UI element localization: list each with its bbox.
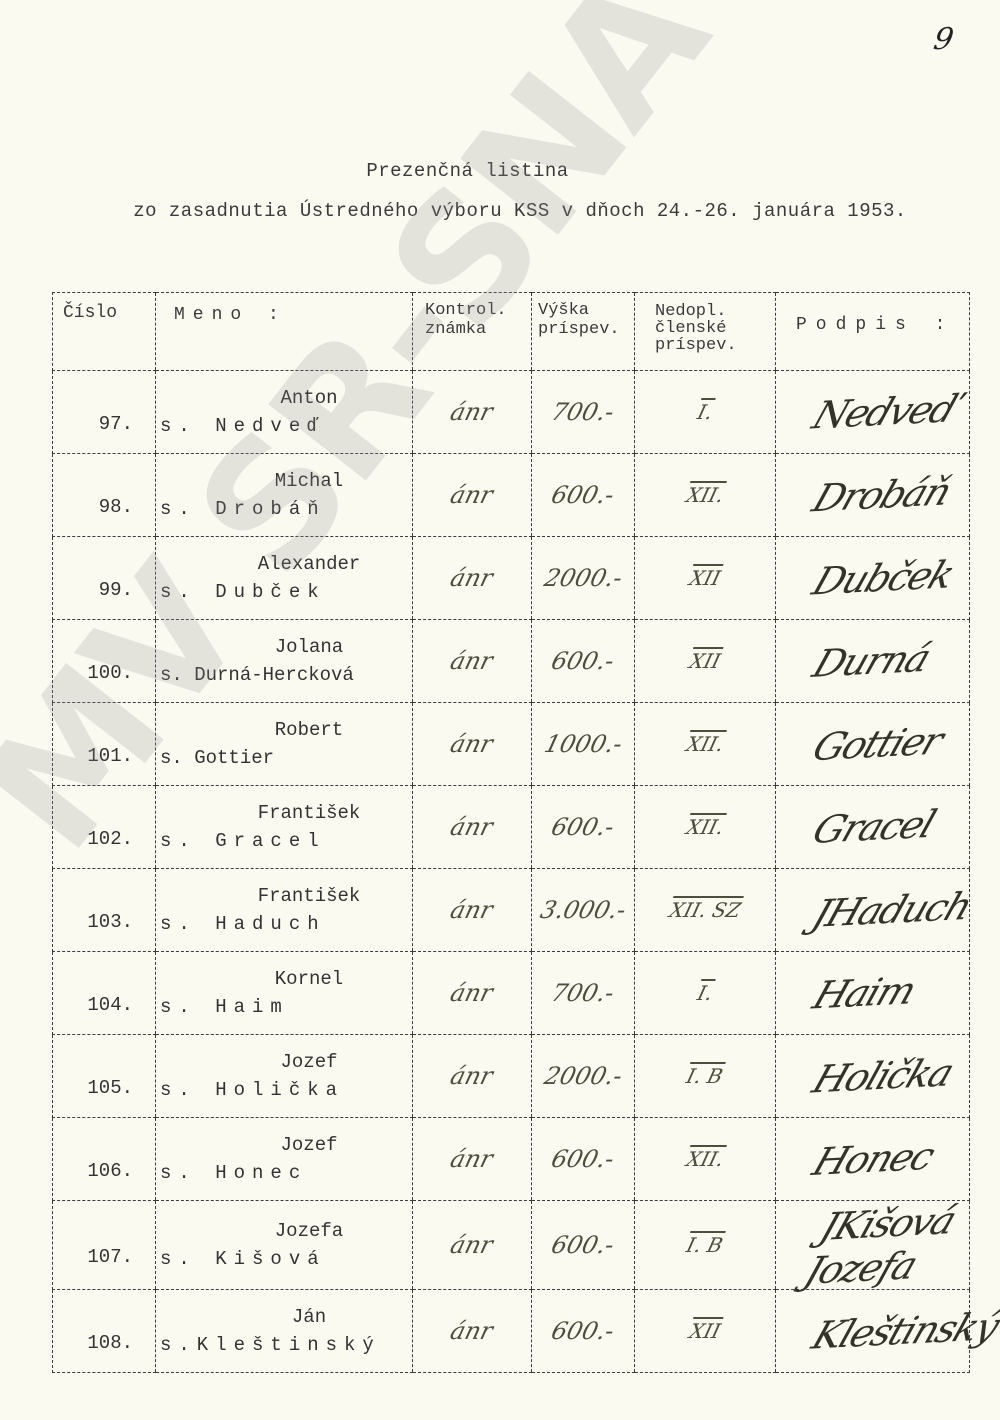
signature: Holička: [807, 1051, 958, 1102]
last-name: s. Haduch: [156, 913, 412, 935]
table-row: 98.Michals. Drobáňánr600.-XII.Drobáň: [53, 454, 970, 537]
unpaid-dues-handwriting: I. B: [684, 1064, 725, 1088]
control-mark-handwriting: ánr: [448, 1317, 496, 1345]
signature-cell: Dubček: [776, 537, 970, 620]
unpaid-dues-handwriting: XII.: [684, 483, 726, 507]
control-mark: ánr: [413, 454, 532, 537]
title-line-2: zo zasadnutia Ústredného výboru KSS v dň…: [0, 200, 930, 222]
signature-cell: Honec: [776, 1118, 970, 1201]
control-mark-handwriting: ánr: [448, 813, 496, 841]
member-name: Alexanders. Dubček: [156, 537, 413, 620]
contribution-amount: 600.-: [532, 786, 635, 869]
contribution-amount-handwriting: 700.-: [549, 979, 618, 1007]
header-kontrol: Kontrol. známka: [413, 293, 532, 371]
unpaid-dues: XII: [635, 620, 776, 703]
control-mark: ánr: [413, 1201, 532, 1290]
control-mark: ánr: [413, 537, 532, 620]
contribution-amount: 3.000.-: [532, 869, 635, 952]
unpaid-dues-handwriting: I.: [695, 400, 715, 424]
control-mark: ánr: [413, 952, 532, 1035]
member-name: Roberts. Gottier: [156, 703, 413, 786]
signature-cell: Haim: [776, 952, 970, 1035]
header-vyska: Výška príspev.: [532, 293, 635, 371]
contribution-amount-handwriting: 600.-: [549, 481, 618, 509]
signature: Nedveď: [807, 386, 962, 437]
control-mark: ánr: [413, 786, 532, 869]
contribution-amount-handwriting: 3.000.-: [537, 896, 628, 924]
last-name: s. Durná-Hercková: [156, 664, 412, 686]
signature: Dubček: [807, 553, 959, 604]
last-name: s. Drobáň: [156, 498, 412, 520]
title-line-1: Prezenčná listina: [0, 160, 930, 182]
signature: Honec: [807, 1134, 939, 1184]
unpaid-dues: XII.: [635, 1118, 776, 1201]
first-name: Alexander: [156, 553, 412, 575]
header-meno: Meno :: [156, 293, 413, 371]
first-name: Ján: [156, 1306, 412, 1328]
control-mark-handwriting: ánr: [448, 730, 496, 758]
table-row: 105.Jozefs. Holičkaánr2000.-I. BHolička: [53, 1035, 970, 1118]
first-name: Kornel: [156, 968, 412, 990]
contribution-amount-handwriting: 600.-: [549, 813, 618, 841]
signature-cell: Holička: [776, 1035, 970, 1118]
header-kontrol-line1: Kontrol.: [425, 301, 531, 320]
signature: Gracel: [807, 802, 940, 852]
table-row: 108.Jáns.Kleštinskýánr600.-XIIKleštinský: [53, 1290, 970, 1373]
unpaid-dues: XII.: [635, 454, 776, 537]
table-row: 103.Františeks. Haduchánr3.000.-XII. SZJ…: [53, 869, 970, 952]
last-name: s. Kišová: [156, 1248, 412, 1270]
first-name: Jozef: [156, 1134, 412, 1156]
last-name: s. Honec: [156, 1162, 412, 1184]
contribution-amount-handwriting: 600.-: [549, 1317, 618, 1345]
last-name: s. Gottier: [156, 747, 412, 769]
contribution-amount: 700.-: [532, 952, 635, 1035]
row-number: 101.: [53, 703, 156, 786]
contribution-amount: 600.-: [532, 1201, 635, 1290]
unpaid-dues-handwriting: XII.: [684, 732, 726, 756]
row-number: 100.: [53, 620, 156, 703]
control-mark-handwriting: ánr: [448, 398, 496, 426]
unpaid-dues: I.: [635, 371, 776, 454]
contribution-amount: 1000.-: [532, 703, 635, 786]
row-number: 103.: [53, 869, 156, 952]
row-number: 105.: [53, 1035, 156, 1118]
first-name: František: [156, 885, 412, 907]
row-number: 104.: [53, 952, 156, 1035]
control-mark-handwriting: ánr: [448, 647, 496, 675]
row-number: 98.: [53, 454, 156, 537]
last-name: s. Dubček: [156, 581, 412, 603]
unpaid-dues-handwriting: XII: [687, 566, 723, 590]
attendance-table: Číslo Meno : Kontrol. známka Výška prísp…: [52, 292, 970, 1373]
contribution-amount-handwriting: 600.-: [549, 1145, 618, 1173]
first-name: Jozefa: [156, 1220, 412, 1242]
signature: Gottier: [807, 719, 947, 769]
unpaid-dues-handwriting: XII.: [684, 815, 726, 839]
member-name: Jolanas. Durná-Hercková: [156, 620, 413, 703]
signature-cell: Nedveď: [776, 371, 970, 454]
unpaid-dues-handwriting: I.: [695, 981, 715, 1005]
table-row: 104.Kornels. Haimánr700.-I.Haim: [53, 952, 970, 1035]
header-podpis: Podpis :: [776, 293, 970, 371]
signature-cell: Drobáň: [776, 454, 970, 537]
control-mark: ánr: [413, 1118, 532, 1201]
unpaid-dues-handwriting: XII.: [684, 1147, 726, 1171]
contribution-amount: 600.-: [532, 454, 635, 537]
row-number: 99.: [53, 537, 156, 620]
unpaid-dues-handwriting: XII: [687, 649, 723, 673]
first-name: Robert: [156, 719, 412, 741]
control-mark-handwriting: ánr: [448, 1062, 496, 1090]
member-name: Jozefas. Kišová: [156, 1201, 413, 1290]
first-name: Jozef: [156, 1051, 412, 1073]
member-name: Jozefs. Honec: [156, 1118, 413, 1201]
contribution-amount: 700.-: [532, 371, 635, 454]
row-number: 97.: [53, 371, 156, 454]
unpaid-dues: XII: [635, 1290, 776, 1373]
signature-cell: Gottier: [776, 703, 970, 786]
member-name: Jáns.Kleštinský: [156, 1290, 413, 1373]
page-number: 9: [931, 22, 956, 57]
contribution-amount-handwriting: 2000.-: [541, 1062, 625, 1090]
control-mark-handwriting: ánr: [448, 564, 496, 592]
unpaid-dues: XII. SZ: [635, 869, 776, 952]
unpaid-dues: XII: [635, 537, 776, 620]
contribution-amount: 600.-: [532, 1290, 635, 1373]
signature: Drobáň: [807, 470, 956, 521]
signature-cell: Durná: [776, 620, 970, 703]
unpaid-dues: XII.: [635, 786, 776, 869]
control-mark-handwriting: ánr: [448, 896, 496, 924]
table-row: 99.Alexanders. Dubčekánr2000.-XIIDubček: [53, 537, 970, 620]
unpaid-dues: I. B: [635, 1201, 776, 1290]
control-mark: ánr: [413, 1035, 532, 1118]
control-mark: ánr: [413, 620, 532, 703]
member-name: Jozefs. Holička: [156, 1035, 413, 1118]
first-name: Anton: [156, 387, 412, 409]
signature: JHaduch: [807, 884, 977, 936]
signature-cell: JHaduch: [776, 869, 970, 952]
last-name: s.Kleštinský: [156, 1334, 412, 1356]
member-name: Kornels. Haim: [156, 952, 413, 1035]
contribution-amount: 2000.-: [532, 537, 635, 620]
contribution-amount: 600.-: [532, 1118, 635, 1201]
row-number: 107.: [53, 1201, 156, 1290]
unpaid-dues-handwriting: XII: [687, 1319, 723, 1343]
last-name: s. Holička: [156, 1079, 412, 1101]
contribution-amount-handwriting: 1000.-: [541, 730, 625, 758]
header-nedopl: Nedopl. členské príspev.: [635, 293, 776, 371]
first-name: Michal: [156, 470, 412, 492]
document-title: Prezenčná listina zo zasadnutia Ústredné…: [0, 160, 930, 222]
last-name: s. Haim: [156, 996, 412, 1018]
contribution-amount: 600.-: [532, 620, 635, 703]
table-row: 106.Jozefs. Honecánr600.-XII.Honec: [53, 1118, 970, 1201]
first-name: František: [156, 802, 412, 824]
signature-cell: Kleštinský: [776, 1290, 970, 1373]
signature: JKišová Jozefa: [799, 1197, 986, 1293]
control-mark: ánr: [413, 371, 532, 454]
control-mark-handwriting: ánr: [448, 1231, 496, 1259]
control-mark: ánr: [413, 1290, 532, 1373]
signature-cell: Gracel: [776, 786, 970, 869]
member-name: Františeks. Gracel: [156, 786, 413, 869]
header-cislo: Číslo: [53, 293, 156, 371]
contribution-amount-handwriting: 700.-: [549, 398, 618, 426]
header-nedopl-line1: Nedopl.: [655, 303, 775, 320]
member-name: Michals. Drobáň: [156, 454, 413, 537]
contribution-amount-handwriting: 600.-: [549, 1231, 618, 1259]
header-nedopl-line3: príspev.: [655, 337, 775, 354]
table-row: 101.Roberts. Gottieránr1000.-XII.Gottier: [53, 703, 970, 786]
header-vyska-line1: Výška: [538, 301, 634, 320]
control-mark: ánr: [413, 703, 532, 786]
signature: Haim: [807, 969, 920, 1018]
unpaid-dues-handwriting: XII. SZ: [667, 898, 743, 922]
signature: Kleštinský: [807, 1304, 1000, 1357]
table-row: 100.Jolanas. Durná-Herckováánr600.-XIIDu…: [53, 620, 970, 703]
unpaid-dues: XII.: [635, 703, 776, 786]
first-name: Jolana: [156, 636, 412, 658]
member-name: Antons. Nedveď: [156, 371, 413, 454]
last-name: s. Nedveď: [156, 415, 412, 437]
row-number: 106.: [53, 1118, 156, 1201]
table-row: 102.Františeks. Gracelánr600.-XII.Gracel: [53, 786, 970, 869]
unpaid-dues: I.: [635, 952, 776, 1035]
last-name: s. Gracel: [156, 830, 412, 852]
control-mark: ánr: [413, 869, 532, 952]
header-nedopl-line2: členské: [655, 320, 775, 337]
unpaid-dues-handwriting: I. B: [684, 1233, 725, 1257]
signature-cell: JKišová Jozefa: [776, 1201, 970, 1290]
contribution-amount-handwriting: 2000.-: [541, 564, 625, 592]
signature: Durná: [807, 636, 935, 686]
control-mark-handwriting: ánr: [448, 1145, 496, 1173]
row-number: 102.: [53, 786, 156, 869]
table-row: 97.Antons. Nedveďánr700.-I.Nedveď: [53, 371, 970, 454]
header-vyska-line2: príspev.: [538, 320, 634, 339]
control-mark-handwriting: ánr: [448, 979, 496, 1007]
member-name: Františeks. Haduch: [156, 869, 413, 952]
contribution-amount: 2000.-: [532, 1035, 635, 1118]
unpaid-dues: I. B: [635, 1035, 776, 1118]
table-header-row: Číslo Meno : Kontrol. známka Výška prísp…: [53, 293, 970, 371]
contribution-amount-handwriting: 600.-: [549, 647, 618, 675]
row-number: 108.: [53, 1290, 156, 1373]
table-row: 107.Jozefas. Kišováánr600.-I. BJKišová J…: [53, 1201, 970, 1290]
control-mark-handwriting: ánr: [448, 481, 496, 509]
header-kontrol-line2: známka: [425, 320, 531, 339]
